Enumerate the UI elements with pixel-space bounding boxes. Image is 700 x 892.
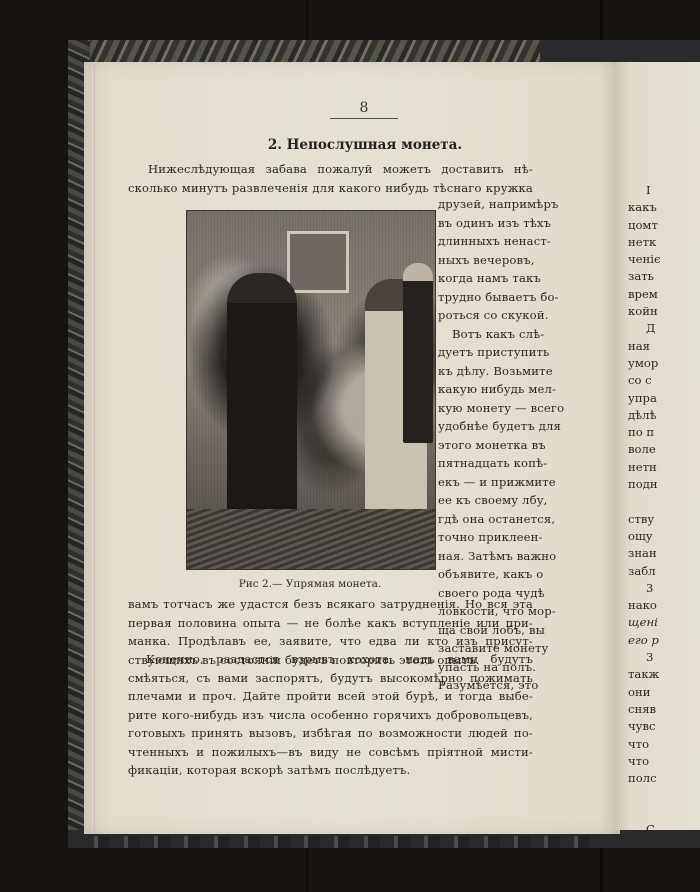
text-line: екъ — и прижмите	[438, 473, 533, 492]
text-line: знан	[628, 545, 700, 562]
text-line: койн	[628, 303, 700, 320]
chapter-title: 2. Непослушная монета.	[110, 137, 620, 153]
intro-paragraph: Нижеслѣдующая забава пожалуй можетъ дост…	[128, 160, 533, 197]
text-line: манка. Продѣлавъ ее, заявите, что едва л…	[128, 632, 533, 651]
illustration-engraving	[186, 210, 436, 570]
text-line: трудно бываетъ бо-	[438, 288, 533, 307]
text-line: со с	[628, 372, 700, 389]
final-paragraph: Конечно, раздастся взрывъ хохота, надъ в…	[128, 650, 533, 780]
text-line: чувс	[628, 718, 700, 735]
text-line: что	[628, 736, 700, 753]
text-line: сняв	[628, 701, 700, 718]
text-line: какъ	[628, 199, 700, 216]
right-page-fragment: I какъ цомт нетк ченіє зать врем койн Д …	[616, 62, 700, 830]
text-line: вамъ тотчасъ же удастся безъ всякаго зат…	[128, 595, 533, 614]
text-line: подн	[628, 476, 700, 493]
text-line: они	[628, 684, 700, 701]
wall-picture-frame	[287, 231, 349, 293]
text-line: въ одинъ изъ тѣхъ	[438, 214, 533, 233]
text-line: С	[628, 821, 700, 830]
cover-edge-bottom	[80, 836, 590, 848]
text-line: кую монету — всего	[438, 399, 533, 418]
figure-caption: Рис 2.— Упрямая монета.	[186, 578, 434, 590]
text-line: рите кого-нибудь изъ числа особенно горя…	[128, 706, 533, 725]
text-line: ная	[628, 338, 700, 355]
text-line: къ дѣлу. Возьмите	[438, 362, 533, 381]
text-line: смѣяться, съ вами заспорятъ, будутъ высо…	[128, 669, 533, 688]
text-line: воле	[628, 441, 700, 458]
text-line	[628, 493, 700, 510]
text-line: когда намъ такъ	[438, 269, 533, 288]
text-line: Нижеслѣдующая забава пожалуй можетъ дост…	[128, 160, 533, 179]
text-line: дуетъ приступить	[438, 343, 533, 362]
text-line: Д	[628, 320, 700, 337]
text-line: удобнѣе будетъ для	[438, 417, 533, 436]
text-line: ощу	[628, 528, 700, 545]
text-line: его р	[628, 632, 700, 649]
text-line: гдѣ она останется,	[438, 510, 533, 529]
text-line: точно приклеен-	[438, 528, 533, 547]
text-line: I	[628, 182, 700, 199]
text-line: длинныхъ ненаст-	[438, 232, 533, 251]
text-line: упра	[628, 390, 700, 407]
text-line: фикаціи, которая вскорѣ затѣмъ послѣдует…	[128, 761, 533, 780]
text-line: Конечно, раздастся взрывъ хохота, надъ в…	[128, 650, 533, 669]
text-line: умор	[628, 355, 700, 372]
text-line: нако	[628, 597, 700, 614]
text-line: дѣлѣ	[628, 407, 700, 424]
page-edge-line	[94, 64, 95, 834]
text-line: роться со скукой.	[438, 306, 533, 325]
text-line: врем	[628, 286, 700, 303]
text-line: первая половина опыта — не болѣе какъ вс…	[128, 614, 533, 633]
floor-hatching	[187, 509, 435, 569]
text-line: друзей, напримѣръ	[438, 195, 533, 214]
text-line: цомт	[628, 217, 700, 234]
text-line: Вотъ какъ слѣ-	[438, 325, 533, 344]
text-line: щені	[628, 614, 700, 631]
text-line: такж	[628, 666, 700, 683]
text-line: нетн	[628, 459, 700, 476]
text-line: забл	[628, 563, 700, 580]
text-line: ее къ своему лбу,	[438, 491, 533, 510]
text-line: 3	[628, 580, 700, 597]
text-line: ныхъ вечеровъ,	[438, 251, 533, 270]
text-line: ная. Затѣмъ важно	[438, 547, 533, 566]
figure-old-man	[403, 263, 433, 443]
text-line: чтенныхъ и пожилыхъ—въ виду не совсѣмъ п…	[128, 743, 533, 762]
text-line: зать	[628, 268, 700, 285]
figure-bearded-man	[227, 273, 297, 523]
text-line: какую нибудь мел-	[438, 380, 533, 399]
text-line: готовыхъ принять вызовъ, избѣгая по возм…	[128, 724, 533, 743]
text-line: что	[628, 753, 700, 770]
text-line: ченіє	[628, 251, 700, 268]
text-line: по п	[628, 424, 700, 441]
text-line: 3	[628, 649, 700, 666]
section-gap	[628, 787, 700, 821]
text-line: пятнадцать копѣ-	[438, 454, 533, 473]
text-line: объявите, какъ о	[438, 565, 533, 584]
text-line: ству	[628, 511, 700, 528]
right-page-text: I какъ цомт нетк ченіє зать врем койн Д …	[628, 182, 700, 830]
text-line: нетк	[628, 234, 700, 251]
text-line: этого монетка въ	[438, 436, 533, 455]
page-number: 8	[330, 100, 398, 119]
text-line: полс	[628, 770, 700, 787]
text-line: плечами и проч. Дайте пройти всей этой б…	[128, 687, 533, 706]
